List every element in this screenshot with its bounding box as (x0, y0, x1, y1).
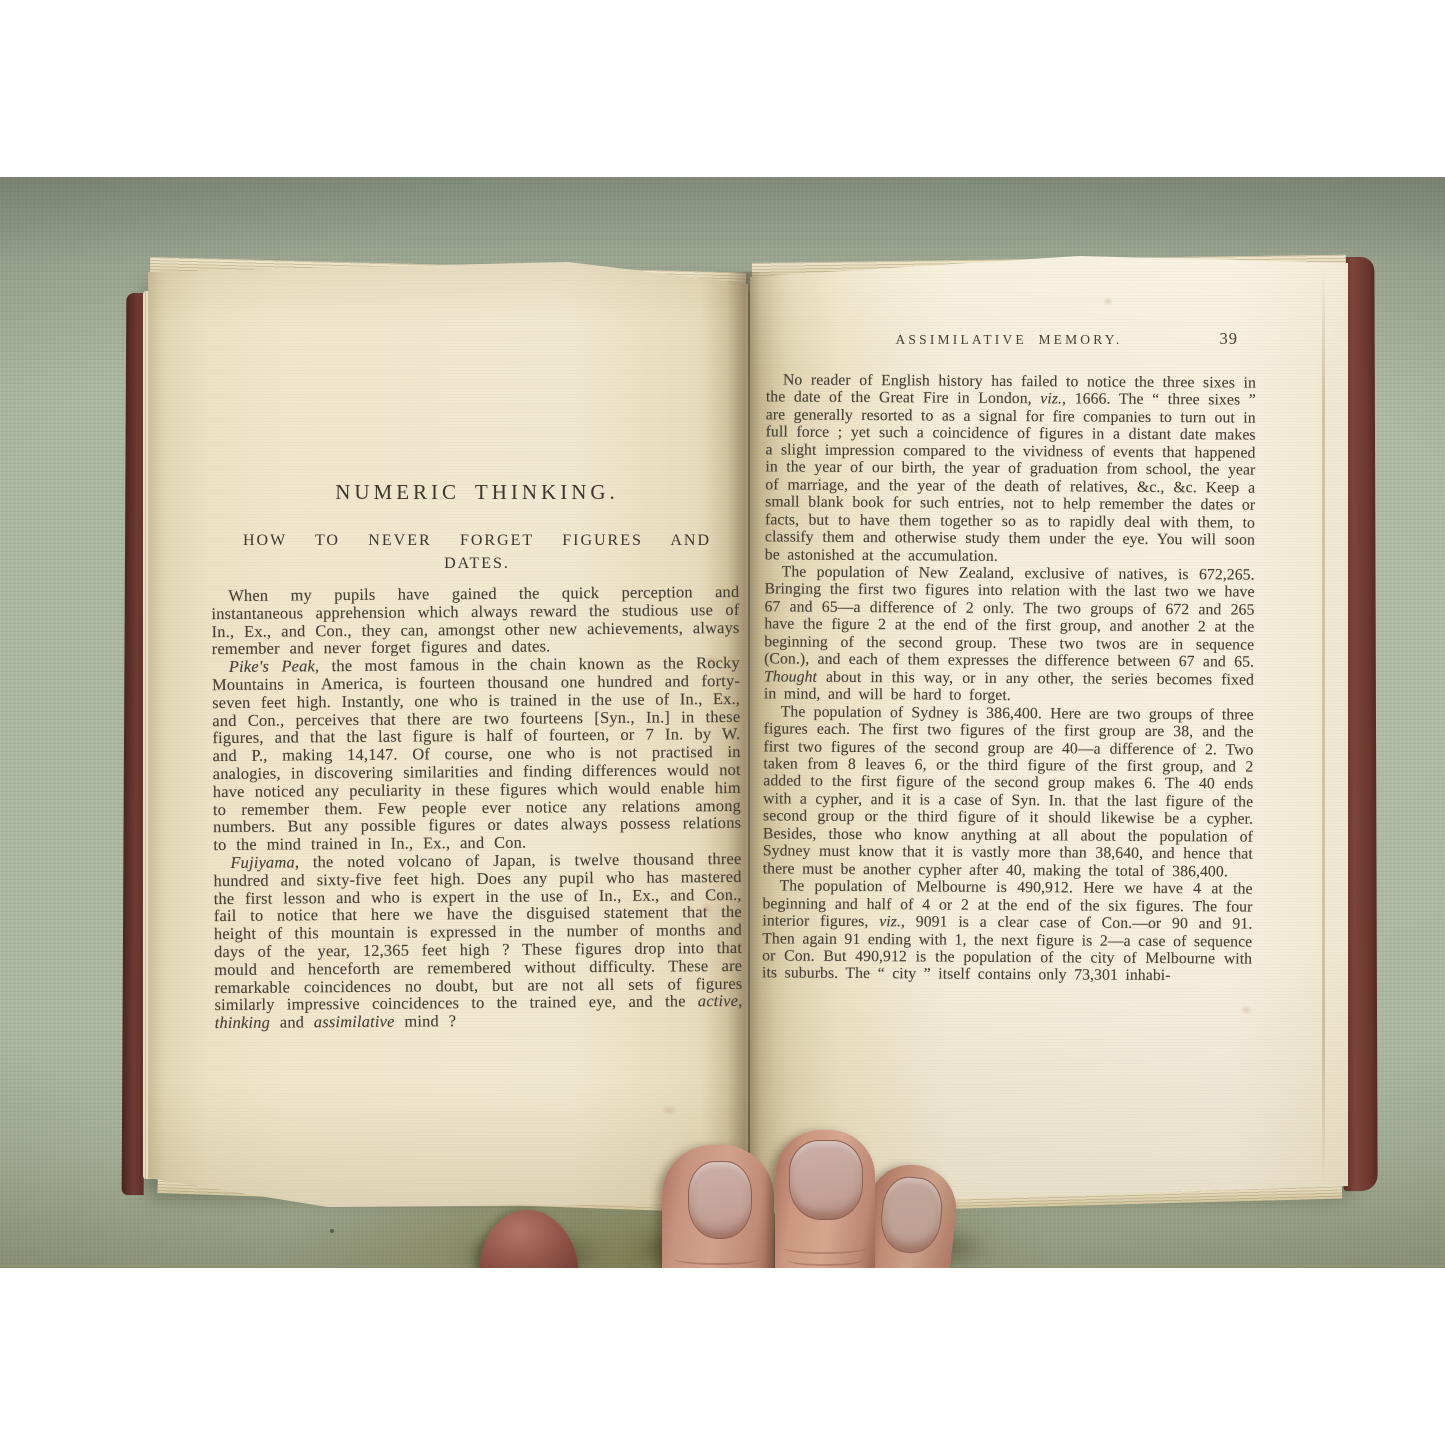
italic-text: thinking (215, 1013, 270, 1032)
text-segment: When my pupils have gained the quick per… (211, 582, 739, 659)
italic-text: Fujiyama (230, 852, 295, 872)
page-stain (1103, 297, 1113, 305)
chapter-subtitle: HOW TO NEVER FORGET FIGURES AND DATES. (243, 529, 711, 575)
left-page-heading-block: NUMERIC THINKING. HOW TO NEVER FORGET FI… (213, 480, 741, 575)
left-page-text: When my pupils have gained the quick per… (211, 583, 742, 1032)
page-number: 39 (1220, 329, 1239, 349)
ring-fingernail (878, 1174, 946, 1256)
italic-text: active (698, 991, 738, 1010)
page-stain (1240, 1005, 1252, 1015)
knuckle-crease (674, 1253, 760, 1265)
text-segment: about in this way, or in any other, the … (764, 668, 1254, 704)
italic-text: Thought (764, 668, 817, 685)
text-segment: and (270, 1012, 314, 1031)
thumb (479, 1210, 579, 1268)
right-page-header-row: ASSIMILATIVE MEMORY. 39 (764, 331, 1254, 349)
paragraph: The population of Melbourne is 490,912. … (762, 878, 1253, 986)
text-segment: mind ? (395, 1011, 457, 1030)
text-segment: , the most famous in the chain known as … (212, 653, 741, 854)
fabric-fleck (330, 1229, 334, 1233)
italic-text: viz. (1040, 391, 1062, 408)
fabric-background: NUMERIC THINKING. HOW TO NEVER FORGET FI… (0, 177, 1445, 1268)
chapter-title: NUMERIC THINKING. (213, 480, 741, 505)
paragraph: The population of New Zealand, exclusive… (764, 563, 1255, 706)
knuckle-crease (783, 1242, 867, 1254)
italic-text: Pike's Peak (229, 656, 315, 676)
paragraph: Pike's Peak, the most famous in the chai… (212, 654, 742, 854)
photograph-scene: NUMERIC THINKING. HOW TO NEVER FORGET FI… (0, 0, 1445, 1445)
book-gutter-notch (714, 271, 766, 299)
text-segment: , (738, 991, 742, 1010)
paragraph: No reader of English history has failed … (765, 371, 1256, 566)
index-fingernail (688, 1161, 752, 1239)
knuckle-crease (787, 1254, 863, 1266)
italic-text: assimilative (314, 1012, 395, 1032)
text-segment: , 1666. The “ three sixes ” are generall… (765, 391, 1256, 565)
text-segment: , the noted volcano of Japan, is twelve … (213, 849, 742, 1015)
right-page-text: No reader of English history has failed … (762, 371, 1256, 985)
text-segment: The population of New Zealand, exclusive… (764, 563, 1255, 670)
italic-text: viz. (879, 913, 901, 930)
index-finger (662, 1145, 774, 1268)
middle-finger (775, 1130, 875, 1268)
text-segment: The population of Sydney is 386,400. Her… (763, 703, 1254, 880)
right-page-crease (1322, 267, 1325, 1187)
paragraph: When my pupils have gained the quick per… (211, 583, 740, 658)
middle-fingernail (789, 1140, 863, 1220)
page-stain (660, 1105, 678, 1115)
paragraph: Fujiyama, the noted volcano of Japan, is… (213, 850, 742, 1032)
running-header: ASSIMILATIVE MEMORY. (895, 332, 1122, 347)
paragraph: The population of Sydney is 386,400. Her… (763, 703, 1254, 881)
